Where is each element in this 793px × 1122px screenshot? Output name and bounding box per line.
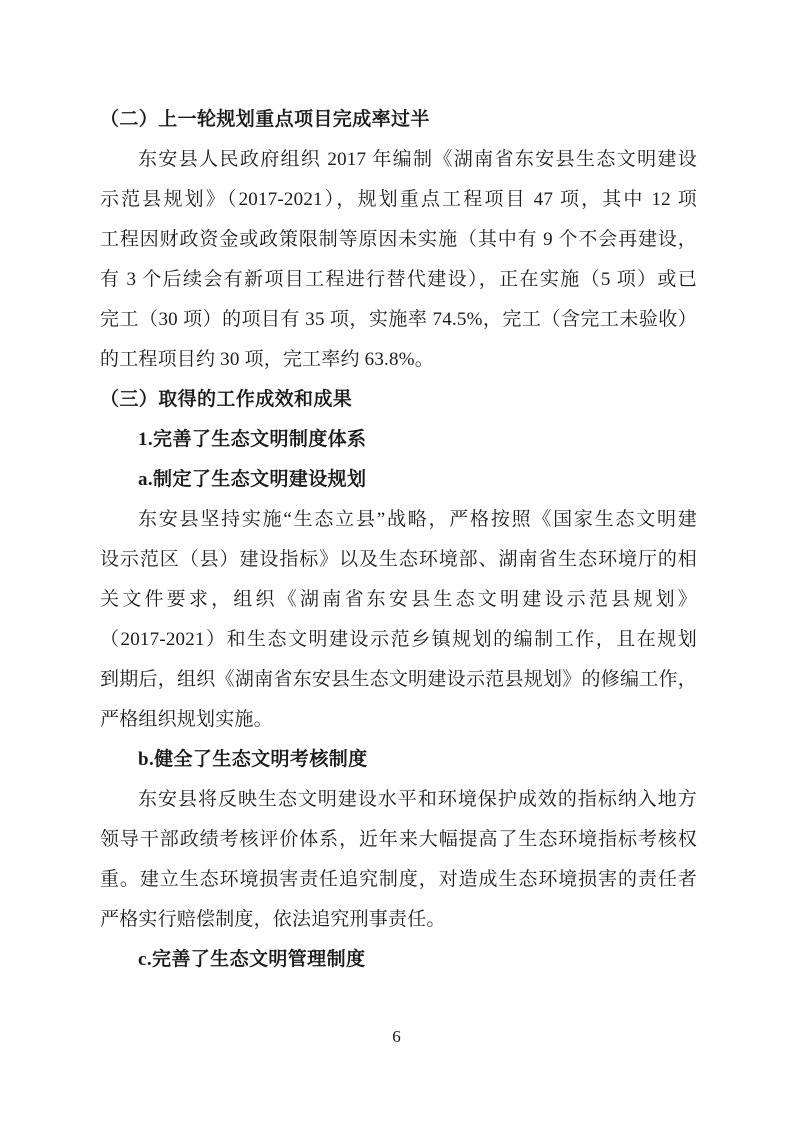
text-line: 的工程项目约 30 项，完工率约 63.8%。 [100,340,697,380]
text-line: （2017-2021）和生态文明建设示范乡镇规划的编制工作，且在规划 [100,620,697,660]
text-line: 严格实行赔偿制度，依法追究刑事责任。 [100,900,697,940]
subsection-heading-1: 1.完善了生态文明制度体系 [100,420,697,460]
page-number: 6 [0,1026,793,1048]
text-line: 到期后，组织《湖南省东安县生态文明建设示范县规划》的修编工作， [100,660,697,700]
text-line: 领导干部政绩考核评价体系，近年来大幅提高了生态环境指标考核权 [100,820,697,860]
text-line: 重。建立生态环境损害责任追究制度，对造成生态环境损害的责任者 [100,860,697,900]
document-page: （二）上一轮规划重点项目完成率过半 东安县人民政府组织 2017 年编制《湖南省… [0,0,793,1122]
text-line: 完工（30 项）的项目有 35 项，实施率 74.5%，完工（含完工未验收） [100,300,697,340]
text-line: 工程因财政资金或政策限制等原因未实施（其中有 9 个不会再建设， [100,220,697,260]
text-line: 设示范区（县）建设指标》以及生态环境部、湖南省生态环境厅的相 [100,540,697,580]
text-line: 严格组织规划实施。 [100,700,697,740]
paragraph-3: 东安县将反映生态文明建设水平和环境保护成效的指标纳入地方 领导干部政绩考核评价体… [100,780,697,940]
text-line: 示范县规划》（2017-2021），规划重点工程项目 47 项，其中 12 项 [100,180,697,220]
section-heading-2: （二）上一轮规划重点项目完成率过半 [100,100,697,140]
subsection-heading-c: c.完善了生态文明管理制度 [100,940,697,980]
paragraph-2: 东安县坚持实施“生态立县”战略，严格按照《国家生态文明建 设示范区（县）建设指标… [100,500,697,740]
text-line: 东安县将反映生态文明建设水平和环境保护成效的指标纳入地方 [100,780,697,820]
section-heading-3: （三）取得的工作成效和成果 [100,380,697,420]
subsection-heading-b: b.健全了生态文明考核制度 [100,740,697,780]
document-body: （二）上一轮规划重点项目完成率过半 东安县人民政府组织 2017 年编制《湖南省… [100,100,697,980]
text-line: 东安县人民政府组织 2017 年编制《湖南省东安县生态文明建设 [100,140,697,180]
paragraph-1: 东安县人民政府组织 2017 年编制《湖南省东安县生态文明建设 示范县规划》（2… [100,140,697,380]
text-line: 关文件要求，组织《湖南省东安县生态文明建设示范县规划》 [100,580,697,620]
text-line: 有 3 个后续会有新项目工程进行替代建设），正在实施（5 项）或已 [100,260,697,300]
text-line: 东安县坚持实施“生态立县”战略，严格按照《国家生态文明建 [100,500,697,540]
subsection-heading-a: a.制定了生态文明建设规划 [100,460,697,500]
